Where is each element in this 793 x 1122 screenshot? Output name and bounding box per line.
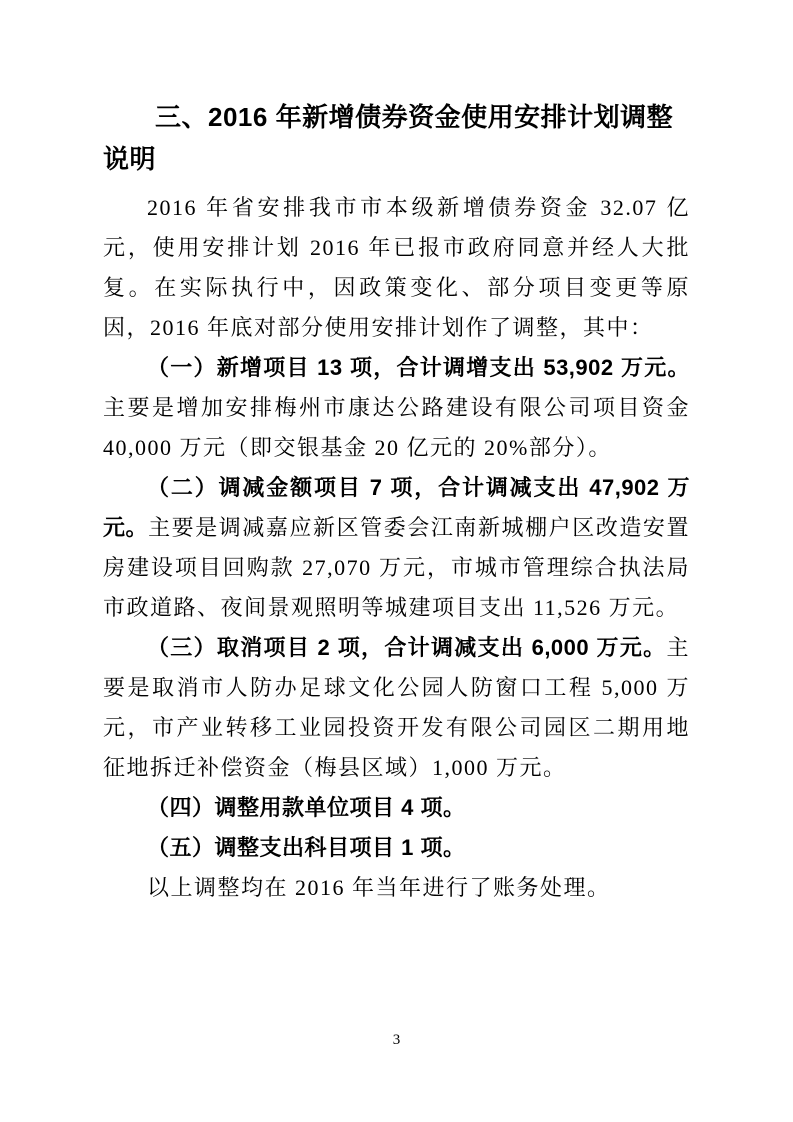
numbered-item-paragraph: （一）新增项目 13 项，合计调增支出 53,902 万元。主要是增加安排梅州市… — [103, 348, 690, 468]
paragraph-text: 主要是增加安排梅州市康达公路建设有限公司项目资金 40,000 万元（即交银基金… — [103, 395, 690, 460]
paragraph-text: 主要是调减嘉应新区管委会江南新城棚户区改造安置房建设项目回购款 27,070 万… — [103, 515, 690, 620]
paragraph-text: 以上调整均在 2016 年当年进行了账务处理。 — [147, 875, 611, 900]
document-page: 三、2016 年新增债券资金使用安排计划调整说明 2016 年省安排我市市本级新… — [0, 0, 793, 1122]
document-title: 三、2016 年新增债券资金使用安排计划调整说明 — [103, 96, 690, 180]
numbered-item-paragraph: （二）调减金额项目 7 项，合计调减支出 47,902 万元。主要是调减嘉应新区… — [103, 468, 690, 628]
body-paragraph: 以上调整均在 2016 年当年进行了账务处理。 — [103, 868, 690, 908]
item-lead-text: （五）调整支出科目项目 1 项。 — [147, 835, 465, 860]
numbered-item-paragraph: （四）调整用款单位项目 4 项。 — [103, 788, 690, 828]
item-lead-text: （三）取消项目 2 项，合计调减支出 6,000 万元。 — [147, 635, 666, 660]
paragraph-text: 2016 年省安排我市市本级新增债券资金 32.07 亿元，使用安排计划 201… — [103, 195, 690, 340]
numbered-item-paragraph: （五）调整支出科目项目 1 项。 — [103, 828, 690, 868]
item-lead-text: （一）新增项目 13 项，合计调增支出 53,902 万元。 — [147, 355, 690, 380]
page-number: 3 — [0, 1030, 793, 1050]
numbered-item-paragraph: （三）取消项目 2 项，合计调减支出 6,000 万元。主要是取消市人防办足球文… — [103, 628, 690, 788]
item-lead-text: （四）调整用款单位项目 4 项。 — [147, 795, 465, 820]
body-paragraph: 2016 年省安排我市市本级新增债券资金 32.07 亿元，使用安排计划 201… — [103, 188, 690, 348]
document-body: 2016 年省安排我市市本级新增债券资金 32.07 亿元，使用安排计划 201… — [103, 188, 690, 908]
